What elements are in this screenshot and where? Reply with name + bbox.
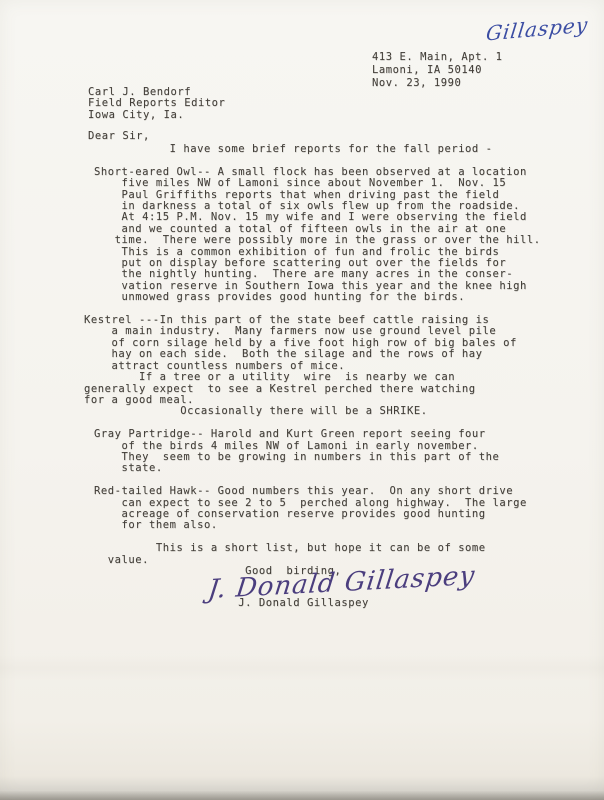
sender-address-block: 413 E. Main, Apt. 1 Lamoni, IA 50140 Nov…	[372, 51, 503, 90]
section-gray-partridge: Gray Partridge-- Harold and Kurt Green r…	[94, 429, 564, 475]
handwritten-annotation: Gillaspey	[485, 12, 590, 45]
section-kestrel: Kestrel ---In this part of the state bee…	[84, 315, 564, 418]
paper-crease	[0, 655, 604, 681]
section-red-tailed-hawk: Red-tailed Hawk-- Good numbers this year…	[94, 486, 564, 532]
letter-page: Gillaspey 413 E. Main, Apt. 1 Lamoni, IA…	[0, 0, 604, 800]
closing-paragraph: This is a short list, but hope it can be…	[94, 543, 564, 566]
section-short-eared-owl: Short-eared Owl-- A small flock has been…	[94, 167, 564, 304]
letter-body: I have some brief reports for the fall p…	[94, 144, 564, 610]
recipient-address-block: Carl J. Bendorf Field Reports Editor Iow…	[88, 87, 225, 121]
typed-signature-name: J. Donald Gillaspey	[94, 598, 564, 609]
intro-line: I have some brief reports for the fall p…	[94, 144, 564, 155]
scan-bottom-shadow	[0, 791, 604, 800]
salutation: Dear Sir,	[88, 131, 150, 142]
